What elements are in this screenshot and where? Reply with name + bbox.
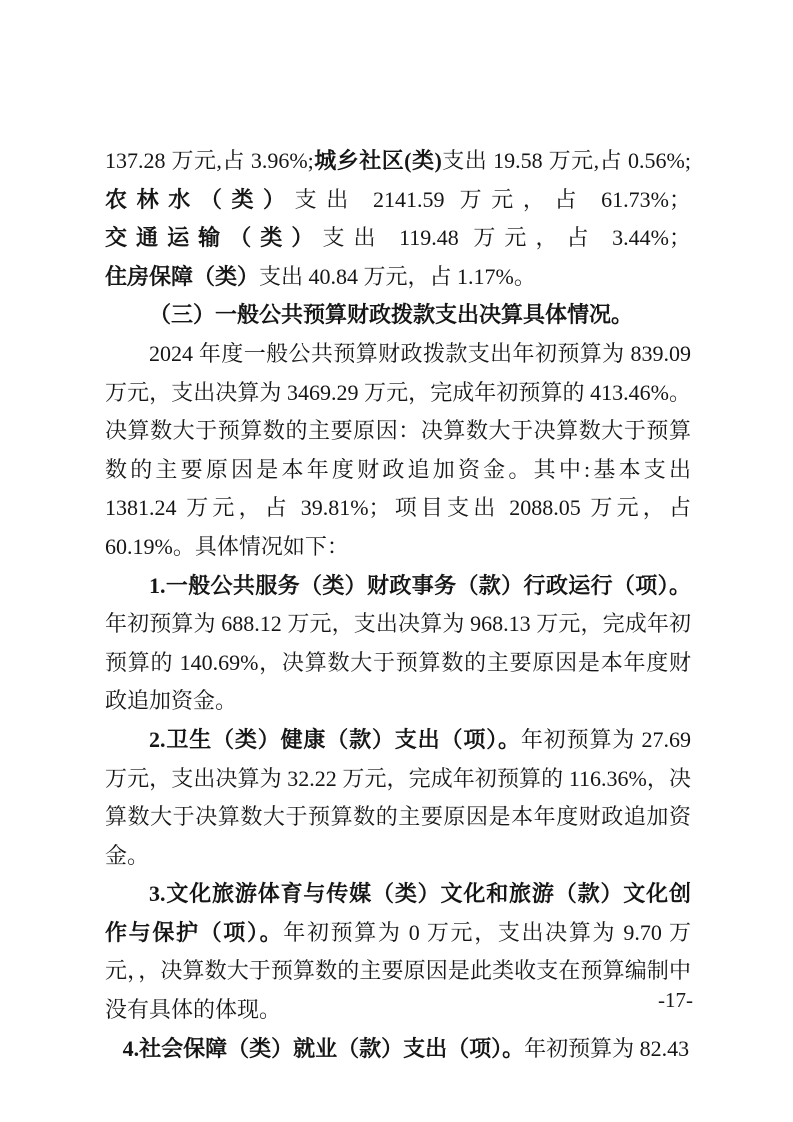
page-number: -17- <box>658 988 693 1013</box>
text-run: 年初预算为 82.43 <box>524 1036 689 1061</box>
text-run: 支出 40.84 万元，占 1.17%。 <box>259 264 536 289</box>
text-run: 支出 2141.59 万元，占 61.73%； <box>295 187 691 212</box>
page-body-text: 137.28 万元,占 3.96%;城乡社区(类)支出 19.58 万元,占 0… <box>105 142 691 1068</box>
item-heading-bold: 2.卫生（类）健康（款）支出（项）。 <box>149 727 521 752</box>
paragraph-item-4: 4.社会保障（类）就业（款）支出（项）。年初预算为 82.43 <box>105 1030 691 1069</box>
text-run-bold: 交通运输（类） <box>105 225 322 250</box>
item-heading-bold: 1.一般公共服务（类）财政事务（款）行政运行（项）。 <box>149 573 691 598</box>
paragraph-item-3: 3.文化旅游体育与传媒（类）文化和旅游（款）文化创作与保护（项）。年初预算为 0… <box>105 875 691 1029</box>
text-run: 支出 19.58 万元,占 0.56%; <box>442 148 691 173</box>
text-run: 支出 119.48 万元，占 3.44%； <box>322 225 691 250</box>
heading-text: （三）一般公共预算财政拨款支出决算具体情况。 <box>149 302 633 327</box>
document-page: 137.28 万元,占 3.96%;城乡社区(类)支出 19.58 万元,占 0… <box>0 0 793 1122</box>
paragraph-expenditure-breakdown-continued: 137.28 万元,占 3.96%;城乡社区(类)支出 19.58 万元,占 0… <box>105 142 691 296</box>
item-heading-bold: 4.社会保障（类）就业（款）支出（项）。 <box>123 1036 525 1061</box>
text-run: 年初预算为 688.12 万元，支出决算为 968.13 万元，完成年初预算的 … <box>105 611 691 713</box>
text-run: 137.28 万元,占 3.96%; <box>105 148 314 173</box>
text-run: 2024 年度一般公共预算财政拨款支出年初预算为 839.09 万元，支出决算为… <box>105 341 691 559</box>
paragraph-item-2: 2.卫生（类）健康（款）支出（项）。年初预算为 27.69 万元，支出决算为 3… <box>105 721 691 875</box>
text-run-bold: 住房保障（类） <box>105 264 259 289</box>
paragraph-item-1: 1.一般公共服务（类）财政事务（款）行政运行（项）。年初预算为 688.12 万… <box>105 567 691 721</box>
paragraph-overview: 2024 年度一般公共预算财政拨款支出年初预算为 839.09 万元，支出决算为… <box>105 335 691 567</box>
section-heading: （三）一般公共预算财政拨款支出决算具体情况。 <box>105 296 691 335</box>
text-run-bold: 农林水（类） <box>105 187 295 212</box>
text-run-bold: 城乡社区(类) <box>314 148 442 173</box>
